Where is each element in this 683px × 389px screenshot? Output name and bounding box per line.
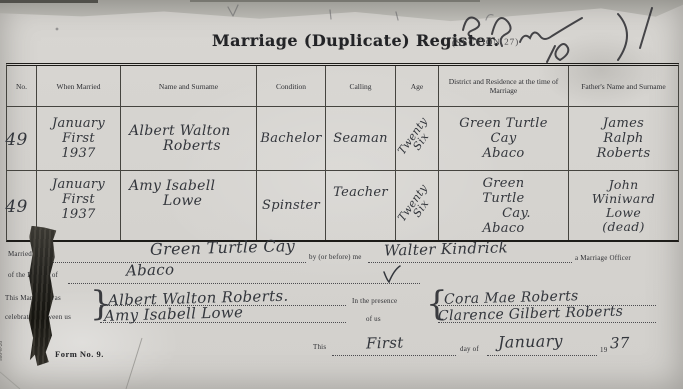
day-of-label: day of [460,345,479,353]
district-line: Cay [491,131,517,146]
table-row-cell: 49 [7,107,37,171]
table-row-cell: Green Turtle Cay. Abaco [439,171,569,240]
district-line: Green Turtle [459,116,547,131]
torn-paper-edge [0,0,683,24]
pen-scribble [520,18,582,42]
father-name-line: (dead) [602,220,644,234]
father-name-line: Roberts [597,146,651,161]
day-value: First [366,334,404,353]
dotted-line [68,282,420,284]
table-row-cell: Twenty Six [396,107,439,171]
pen-scribble [618,14,627,60]
name-line: Lowe [163,194,202,209]
table-row-cell: Amy Isabell Lowe [121,171,257,240]
in-presence-label: In the presence [352,297,397,305]
table-row-cell: Spinster [257,171,326,240]
table-row-cell: Seaman [326,107,396,171]
when-married-line: 1937 [61,146,95,161]
bride-signature: Amy Isabell Lowe [104,303,244,325]
table-row-cell: Green Turtle Cay Abaco [439,107,569,171]
col-header-name-surname: Name and Surname [121,66,257,107]
scan-edge-shadow [0,0,98,3]
entry-number: 49 [2,109,31,172]
by-me-label: by (or before) me [309,253,362,261]
scan-edge-shadow [190,0,480,2]
district-of-value: Abaco [126,260,175,279]
when-married-line: First [62,131,95,146]
marriage-officer-label: a Marriage Officer [575,254,631,262]
when-married-line: January [52,177,105,192]
dotted-line [44,261,306,263]
of-us-label: of us [366,315,381,323]
paper-crease [0,372,20,389]
when-married-line: 1937 [61,207,95,222]
print-code: 500-8-26 [0,341,4,361]
col-header-when-married: When Married [37,66,121,107]
year-prefix: 19 [600,346,607,354]
ink-dot [56,28,59,31]
col-header-district: District and Residence at the time of Ma… [439,66,569,107]
register-document-scan: Marriage (Duplicate) Register. (SECTION … [0,0,683,389]
col-header-father: Father's Name and Surname [569,66,678,107]
name-line: Amy Isabell [129,179,215,194]
table-row-cell: Twenty Six [396,171,439,240]
col-header-calling: Calling [326,66,396,107]
year-value: 37 [610,334,630,353]
this-label: This [313,343,326,351]
district-line: Turtle [482,191,524,206]
pen-scribble [547,44,568,62]
register-table: No. When Married Name and Surname Condit… [6,63,679,242]
father-name-line: James [603,116,644,131]
check-mark [384,266,400,282]
month-value: January [498,331,563,352]
table-row-cell: January First 1937 [37,107,121,171]
when-married-line: January [52,116,105,131]
table-row-cell: Albert Walton Roberts [121,107,257,171]
officer-signature: Walter Kindrick [384,238,508,259]
district-line: Cay. [502,206,531,221]
col-header-condition: Condition [257,66,326,107]
married-at-value: Green Turtle Cay [150,236,296,259]
when-married-line: First [62,192,95,207]
dotted-line [332,354,456,356]
section-label: (SECTION 27) [452,36,519,47]
col-header-no: No. [7,66,37,107]
calling-value: Seaman [326,107,395,170]
form-number: Form No. 9. [55,349,104,359]
dotted-line [368,261,572,263]
table-row-cell: John Winiward Lowe (dead) [569,171,678,240]
table-row-cell: Bachelor [257,107,326,171]
father-name-line: Winiward [592,192,655,206]
father-name-line: Ralph [603,131,643,146]
district-line: Abaco [482,146,524,161]
entry-number: 49 [2,173,31,242]
col-header-age: Age [396,66,439,107]
paper-crease [126,338,142,389]
condition-value: Bachelor [257,107,325,170]
father-name-line: Lowe [606,206,641,220]
district-line: Green [483,176,525,191]
table-row-cell: Teacher [326,171,396,240]
condition-value: Spinster [257,171,325,240]
district-line: Abaco [482,221,524,236]
name-line: Roberts [163,139,221,154]
dotted-line [487,354,597,356]
name-line: Albert Walton [129,124,231,139]
father-name-line: John [609,178,639,192]
table-row-cell: James Ralph Roberts [569,107,678,171]
